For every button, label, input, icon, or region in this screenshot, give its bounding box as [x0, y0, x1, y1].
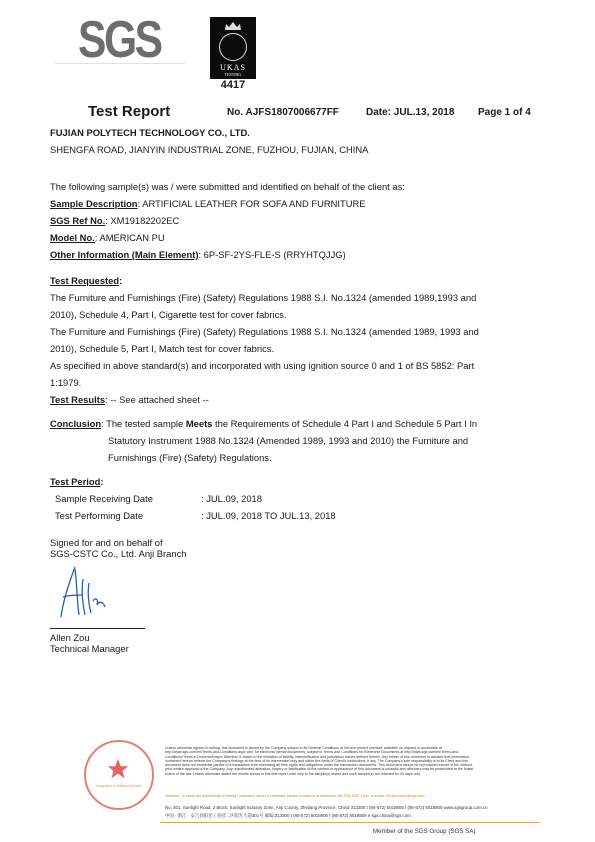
address-cn: 中国 · 浙江 · 安吉县阳光工业园二区阳光大道301号 邮编:313300 t…	[165, 813, 411, 819]
address-en: No. 301, Sunlight Road, 2 Block, Sunligh…	[165, 805, 488, 810]
signatory-name: Allen Zou	[50, 632, 129, 643]
other-information: Other Information (Main Element): 6P-SF-…	[50, 246, 346, 263]
signatory-role: Technical Manager	[50, 643, 129, 654]
test-requested-list: The Furniture and Furnishings (Fire) (Sa…	[50, 289, 550, 391]
conclusion-label: Conclusion	[50, 418, 101, 429]
authenticity-notice: Attention: To check the authenticity of …	[165, 794, 475, 803]
sgs-ref-label: SGS Ref No.	[50, 215, 105, 226]
report-title: Test Report	[88, 103, 170, 120]
logo-rule	[55, 63, 185, 64]
signature-icon	[55, 565, 115, 625]
legal-disclaimer: Unless otherwise agreed in writing, this…	[165, 746, 475, 794]
ukas-sub-label: TESTING	[210, 72, 256, 77]
report-date: Date: JUL.13, 2018	[366, 107, 454, 118]
client-address: SHENGFA ROAD, JIANYIN INDUSTRIAL ZONE, F…	[50, 141, 368, 158]
report-number: No. AJFS1807006677FF	[227, 107, 339, 118]
test-requested-line: As specified in above standard(s) and in…	[50, 357, 550, 374]
conclusion-verdict: Meets	[186, 418, 213, 429]
sample-description: Sample Description: ARTIFICIAL LEATHER F…	[50, 195, 366, 212]
test-requested-line: The Furniture and Furnishings (Fire) (Sa…	[50, 289, 550, 306]
test-period-row: Sample Receiving Date: JUL.09, 2018	[55, 490, 262, 507]
star-icon	[107, 758, 129, 780]
page-indicator: Page 1 of 4	[478, 107, 531, 118]
test-requested-line: 1:1979.	[50, 374, 550, 391]
test-requested-heading: Test Requested:	[50, 272, 122, 289]
sgs-ref: SGS Ref No.: XM19182202EC	[50, 212, 179, 229]
member-of-group: Member of the SGS Group (SGS SA)	[373, 828, 475, 835]
footer-rule	[160, 822, 540, 823]
test-period-heading: Test Period:	[50, 473, 103, 490]
test-requested-line: 2010), Schedule 5, Part I, Match test fo…	[50, 340, 550, 357]
client-name: FUJIAN POLYTECH TECHNOLOGY CO., LTD.	[50, 124, 250, 141]
company-stamp: Inspection & Testing Services	[84, 740, 154, 810]
signed-on-behalf: Signed for and on behalf of SGS-CSTC Co.…	[50, 538, 187, 559]
crown-icon	[224, 21, 242, 31]
ukas-number: 4417	[210, 79, 256, 91]
signature-line	[50, 628, 145, 629]
other-information-label: Other Information (Main Element)	[50, 249, 198, 260]
test-period-row: Test Performing Date: JUL.09, 2018 TO JU…	[55, 507, 336, 524]
conclusion: Conclusion: The tested sample Meets the …	[50, 415, 550, 466]
ukas-accreditation-mark: UKAS TESTING	[210, 17, 256, 79]
test-requested-line: 2010), Schedule 4, Part I, Cigarette tes…	[50, 306, 550, 323]
test-requested-line: The Furniture and Furnishings (Fire) (Sa…	[50, 323, 550, 340]
model-no-label: Model No.	[50, 232, 95, 243]
test-results-label: Test Results	[50, 394, 105, 405]
sample-intro: The following sample(s) was / were submi…	[50, 178, 405, 195]
model-no: Model No.: AMERICAN PU	[50, 229, 165, 246]
test-results: Test Results: -- See attached sheet --	[50, 391, 209, 408]
sgs-logo: SGS	[78, 14, 161, 66]
sample-description-label: Sample Description	[50, 198, 138, 209]
signatory: Allen Zou Technical Manager	[50, 632, 129, 654]
ukas-circle-icon	[219, 33, 247, 61]
ukas-label: UKAS	[210, 63, 256, 72]
